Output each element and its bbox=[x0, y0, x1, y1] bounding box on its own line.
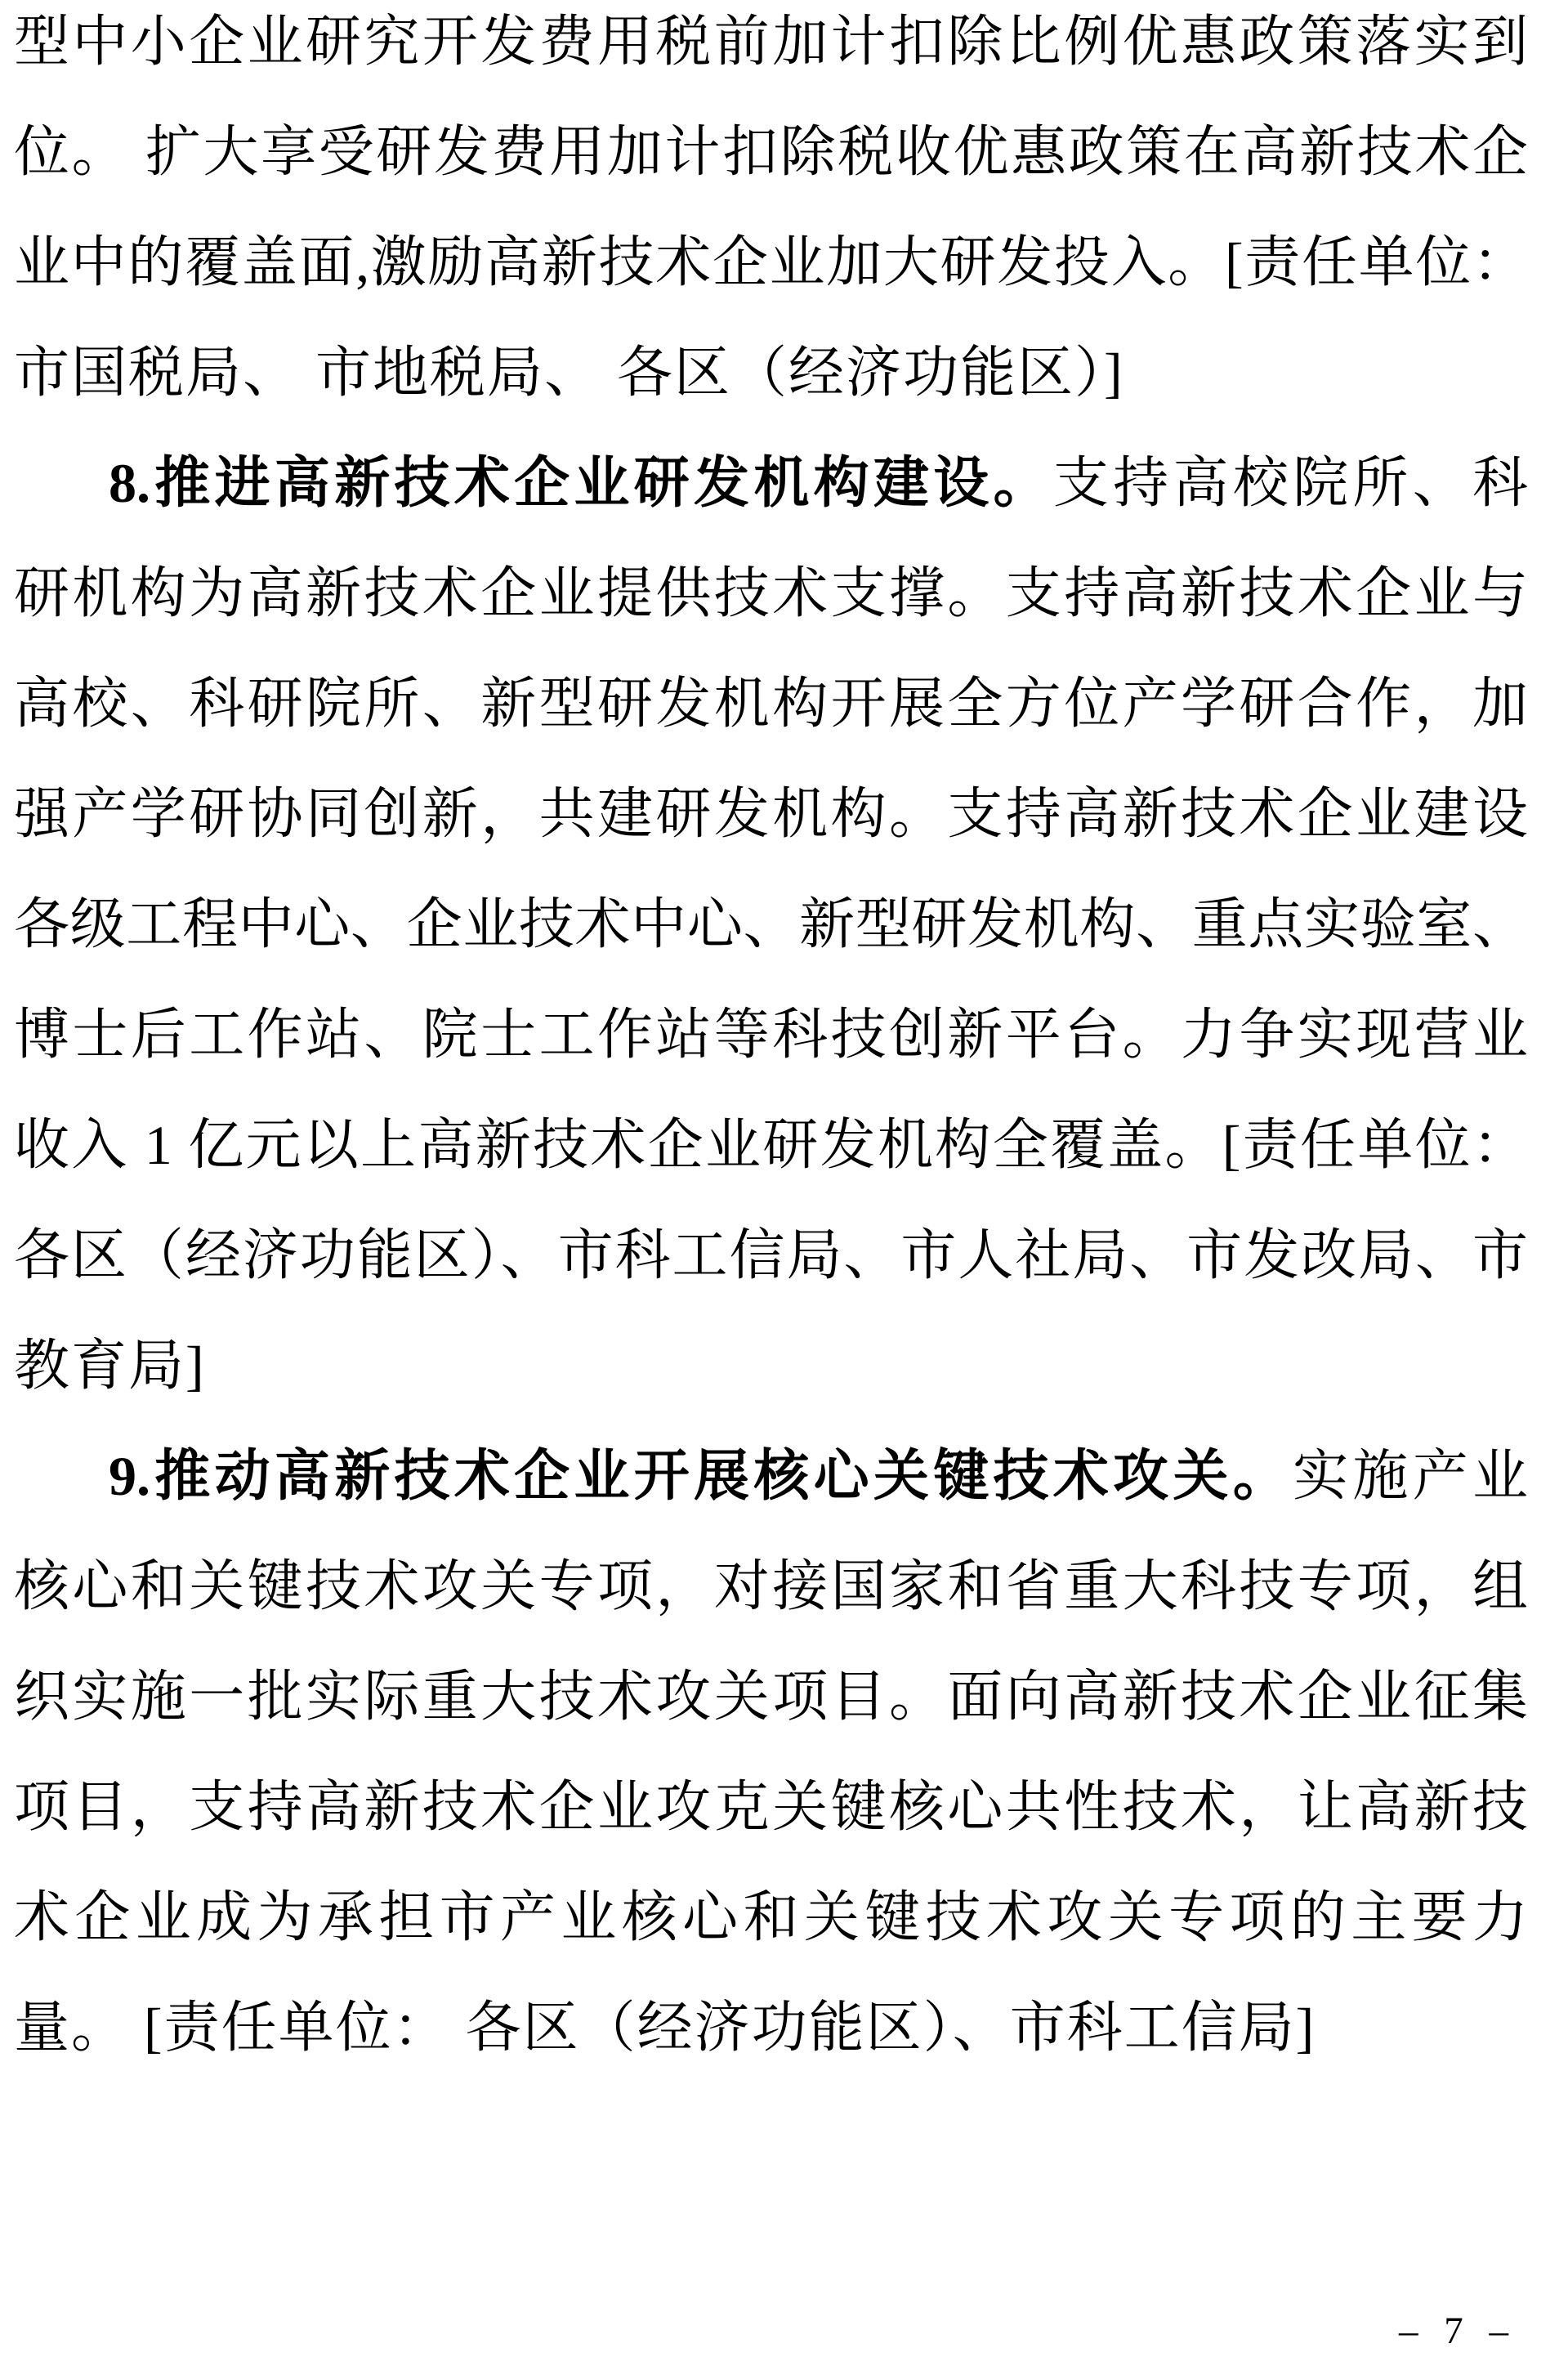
text-line: 9.推动高新技术企业开展核心关键技术攻关。实施产业 bbox=[14, 1421, 1528, 1532]
text-run: 实施产业 bbox=[1293, 1445, 1528, 1507]
text-line: 高校、科研院所、新型研发机构开展全方位产学研合作，加 bbox=[14, 649, 1528, 759]
text-line: 研机构为高新技术企业提供技术支撑。支持高新技术企业与 bbox=[14, 539, 1528, 649]
text-run: 织实施一批实际重大技术攻关项目。面向高新技术企业征集 bbox=[14, 1666, 1528, 1728]
text-line: 业中的覆盖面,激励高新技术企业加大研发投入。[责任单位： bbox=[14, 208, 1528, 318]
text-line: 量。 [责任单位： 各区（经济功能区）、市科工信局] bbox=[14, 1973, 1528, 2083]
text-run: 高校、科研院所、新型研发机构开展全方位产学研合作，加 bbox=[14, 673, 1528, 735]
text-run: 位。 扩大享受研发费用加计扣除税收优惠政策在高新技术企 bbox=[14, 121, 1528, 183]
text-line: 教育局] bbox=[14, 1311, 1528, 1421]
text-line: 各级工程中心、企业技术中心、新型研发机构、重点实验室、 bbox=[14, 870, 1528, 980]
text-run: 强产学研协同创新，共建研发机构。支持高新技术企业建设 bbox=[14, 783, 1528, 845]
text-run: 博士后工作站、院士工作站等科技创新平台。力争实现营业 bbox=[14, 1004, 1528, 1066]
text-line: 市国税局、 市地税局、 各区（经济功能区）] bbox=[14, 318, 1528, 428]
text-run: 术企业成为承担市产业核心和关键技术攻关专项的主要力 bbox=[14, 1886, 1528, 1948]
text-run: 教育局] bbox=[14, 1335, 206, 1397]
text-line: 强产学研协同创新，共建研发机构。支持高新技术企业建设 bbox=[14, 759, 1528, 870]
bold-text-run: 8.推进高新技术企业研发机构建设。 bbox=[109, 452, 1053, 514]
text-run: 研机构为高新技术企业提供技术支撑。支持高新技术企业与 bbox=[14, 562, 1528, 624]
text-run: 业中的覆盖面,激励高新技术企业加大研发投入。[责任单位： bbox=[14, 231, 1528, 293]
text-line: 型中小企业研究开发费用税前加计扣除比例优惠政策落实到 bbox=[14, 0, 1528, 97]
document-page: 型中小企业研究开发费用税前加计扣除比例优惠政策落实到位。 扩大享受研发费用加计扣… bbox=[0, 0, 1568, 2366]
text-line: 博士后工作站、院士工作站等科技创新平台。力争实现营业 bbox=[14, 980, 1528, 1090]
text-run: 收入 1 亿元以上高新技术企业研发机构全覆盖。[责任单位： bbox=[14, 1114, 1528, 1176]
text-run: 市国税局、 市地税局、 各区（经济功能区）] bbox=[14, 342, 1124, 404]
text-run: 量。 [责任单位： 各区（经济功能区）、市科工信局] bbox=[14, 1997, 1316, 2059]
text-run: 核心和关键技术攻关专项，对接国家和省重大科技专项，组 bbox=[14, 1555, 1528, 1617]
text-line: 各区（经济功能区）、市科工信局、市人社局、市发改局、市 bbox=[14, 1201, 1528, 1311]
text-run: 项目，支持高新技术企业攻克关键核心共性技术，让高新技 bbox=[14, 1776, 1528, 1838]
text-run: 支持高校院所、科 bbox=[1053, 452, 1528, 514]
text-line: 项目，支持高新技术企业攻克关键核心共性技术，让高新技 bbox=[14, 1752, 1528, 1863]
text-line: 织实施一批实际重大技术攻关项目。面向高新技术企业征集 bbox=[14, 1642, 1528, 1752]
page-number: – 7 – bbox=[1399, 2306, 1510, 2355]
text-line: 核心和关键技术攻关专项，对接国家和省重大科技专项，组 bbox=[14, 1532, 1528, 1642]
bold-text-run: 9.推动高新技术企业开展核心关键技术攻关。 bbox=[109, 1445, 1293, 1507]
text-block: 型中小企业研究开发费用税前加计扣除比例优惠政策落实到位。 扩大享受研发费用加计扣… bbox=[14, 0, 1528, 2083]
text-line: 术企业成为承担市产业核心和关键技术攻关专项的主要力 bbox=[14, 1863, 1528, 1973]
text-run: 各级工程中心、企业技术中心、新型研发机构、重点实验室、 bbox=[14, 893, 1528, 955]
text-line: 位。 扩大享受研发费用加计扣除税收优惠政策在高新技术企 bbox=[14, 97, 1528, 208]
text-line: 8.推进高新技术企业研发机构建设。支持高校院所、科 bbox=[14, 428, 1528, 539]
text-run: 型中小企业研究开发费用税前加计扣除比例优惠政策落实到 bbox=[14, 11, 1528, 73]
text-line: 收入 1 亿元以上高新技术企业研发机构全覆盖。[责任单位： bbox=[14, 1090, 1528, 1201]
text-run: 各区（经济功能区）、市科工信局、市人社局、市发改局、市 bbox=[14, 1224, 1528, 1286]
